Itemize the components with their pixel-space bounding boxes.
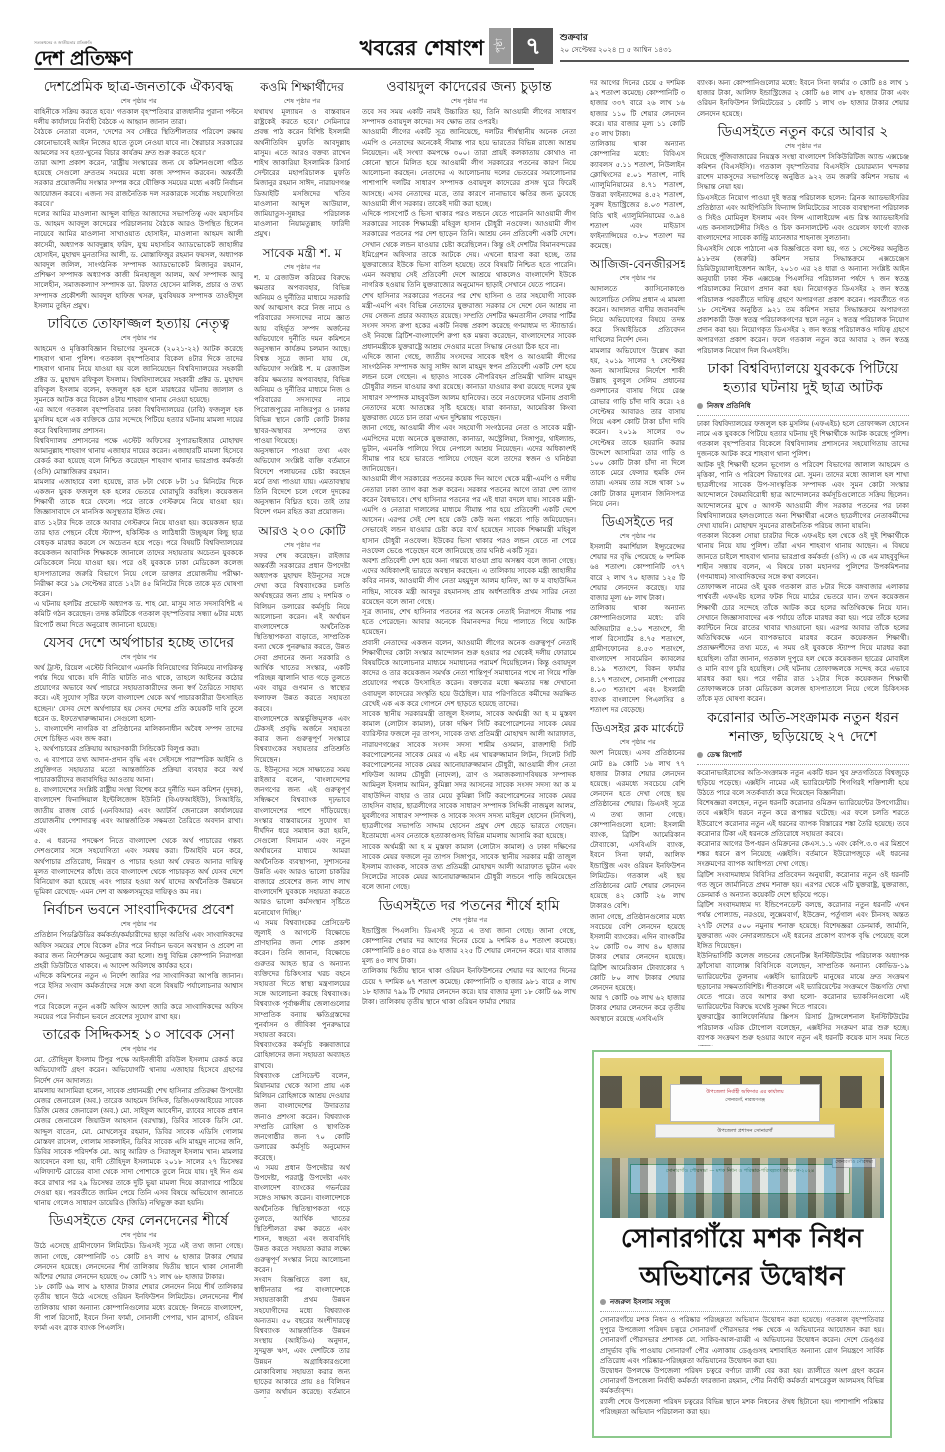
- paragraph: অংশ নিয়েছে। এসব প্রতিষ্ঠানের মোট ৪৯ কোট…: [590, 748, 685, 911]
- article-body: শ. ম রেজাউল করিমের বিরুদ্ধে ক্ষমতার অপব্…: [254, 273, 350, 518]
- paragraph: সংবাদ বিজ্ঞপ্তিতে বলা হয়, স্বাধীনতার পর…: [254, 1275, 350, 1398]
- newspaper-logo[interactable]: দেশ প্রতিক্ষণ: [34, 44, 132, 77]
- paragraph: তালিকায় থাকা অন্যান্য কোম্পানির মধ্যে: …: [590, 139, 685, 251]
- continued-label: শেষ পৃষ্ঠার পর: [590, 532, 685, 541]
- headline: ডিএসইতে নতুন করে আবার ২: [697, 123, 909, 142]
- paragraph: এদিকে পাসপোর্ট ও ভিসা থাকার পরও লন্ডনে য…: [362, 209, 576, 291]
- paragraph: তবে সব সময় একটি নামই উচ্চারিত হয়, তিনি…: [362, 107, 576, 127]
- paragraph: আটক দুই শিক্ষার্থী হলেন ভূগোল ও পরিবেশ ব…: [697, 460, 909, 531]
- article-deshpremik[interactable]: দেশপ্রেমিক ছাত্র-জনতাকে ঐক্যবদ্ধ শেষ পৃষ…: [34, 78, 243, 311]
- paragraph: আহমেদ ও মৃত্তিকাবিজ্ঞান বিভাগের সুমনকে (…: [34, 344, 243, 405]
- paragraph: জানা গেছে, প্রতিষ্ঠানগুলোর মধ্যে সবচেয়ে…: [590, 912, 685, 994]
- byline-text: ডেস্ক রিপোর্ট: [707, 751, 742, 759]
- paragraph: ইন্ডাস্ট্রিজ পিএলসি। ডিএসই সূত্রে এ তথ্য…: [362, 926, 576, 967]
- paragraph: মামলায় আসামিরা হলেন, সাবেক প্রধানমন্ত্র…: [34, 1086, 243, 1208]
- continued-label: শেষ পৃষ্ঠার পর: [362, 97, 576, 106]
- headline: ডিএসইতে ফের লেনদেনের শীর্ষে: [34, 1212, 243, 1231]
- continued-label: শেষ পৃষ্ঠার পর: [254, 263, 350, 272]
- article-body: দিয়েছে পুঁজিবাজারের নিয়ন্ত্রক সংস্থা ব…: [697, 152, 909, 356]
- article-body: ইসলামী কমার্শিয়াল ইন্স্যুরেন্সের শেয়ার…: [590, 542, 685, 715]
- paragraph: বিশ্বব্যাংকের কর্মসূচি কক্সবাজারে রোহিঙ্…: [254, 1040, 350, 1071]
- article-body: বাহিনীকে সক্রিয় করতে হবে।' গতকাল বৃহস্প…: [34, 107, 243, 311]
- paragraph: উদ্বোধন উপলক্ষে উপজেলা পরিষদ চত্বরে বর্ণ…: [600, 1366, 884, 1397]
- continued-label: শেষ পৃষ্ঠার পর: [34, 1045, 243, 1054]
- article-body: তবে সব সময় একটি নামই উচ্চারিত হয়, তিনি…: [362, 107, 576, 893]
- headline: ডিএসইর ব্লক মার্কেটে: [590, 719, 685, 738]
- article-dse-dor-poton-hami[interactable]: ডিএসইতে দর পতনের শীর্ষে হামি শেষ পৃষ্ঠার…: [362, 897, 576, 1008]
- paragraph: বিএসইসি থেকে পাঠানো এক বিজ্ঞপ্তিতে বলা হ…: [697, 244, 909, 356]
- headline: কওমি শিক্ষার্থীদের: [254, 78, 350, 97]
- article-body: করোনাভাইরাসের অতি-সংক্রামক নতুন একটি ধরন…: [697, 768, 909, 1046]
- byline: নজরুল ইসলাম সবুজ: [600, 1294, 884, 1312]
- paragraph: দলের আমির মাওলানা আব্দুল বাছিত আজাদের সভ…: [34, 209, 243, 311]
- paragraph: করোনার আগের উপ-ধরন ওমিক্রনের কেএস.১.১ এব…: [697, 839, 909, 870]
- paragraph: শ. ম রেজাউল করিমের বিরুদ্ধে ক্ষমতার অপব্…: [254, 273, 350, 446]
- paragraph: সাবেক স্থানীয় সরকারমন্ত্রী তাজুল ইসলাম,…: [362, 709, 576, 842]
- article-aziz-benazir[interactable]: আজিজ-বেনজীরসহ শেষ পৃষ্ঠার পর আদালতে ক্যা…: [590, 255, 685, 508]
- paragraph: যথাযথ মূল্যায়ন ও বাস্তবায়ন রাষ্ট্রকেই …: [254, 107, 350, 240]
- paragraph: অনুসন্ধানে পাওয়া তথ্য এবং অভিযোগ সংশ্লি…: [254, 446, 350, 517]
- paragraph: র‌্যালী শেষে উপজেলা পরিষদ চত্বরের বিভিন্…: [600, 1397, 884, 1417]
- headline: করোনার অতি-সংক্রামক নতুন ধরন: [697, 709, 909, 728]
- paragraph: দিয়েছে পুঁজিবাজারের নিয়ন্ত্রক সংস্থা ব…: [697, 152, 909, 193]
- headline: শনাক্ত, ছড়িয়েছে ২৭ দেশে: [697, 728, 909, 747]
- section-title: খবরের শেষাংশ: [264, 30, 484, 66]
- paragraph: এ সময় প্রধান উপদেষ্টার অর্থ উপদেষ্টা, প…: [254, 1163, 350, 1275]
- paragraph: শেখ হাসিনার সরকারের পতনের পর শেখ হাসিনা …: [362, 291, 576, 352]
- headline: আরও ২০০ কোটি: [254, 522, 350, 541]
- paragraph: তারা আশা প্রকাশ করেন, 'রাষ্ট্রীয় সংস্কা…: [34, 158, 243, 209]
- column-a: দেশপ্রেমিক ছাত্র-জনতাকে ঐক্যবদ্ধ শেষ পৃষ…: [34, 78, 243, 1398]
- article-sabek-montri[interactable]: সাবেক মন্ত্রী শ. ম শেষ পৃষ্ঠার পর শ. ম র…: [254, 244, 350, 518]
- article-du-murder-arrest[interactable]: ঢাকা বিশ্ববিদ্যালয়ে যুবককে পিটিয়ে হত্য…: [697, 360, 909, 705]
- paragraph: এ সময় বিশ্বব্যাংকের প্রেসিডেন্ট জুলাই ও…: [254, 918, 350, 1040]
- feature-photo[interactable]: উপজেলা নির্বাহী অফিসার এর কার্যালয় সোনা…: [600, 1058, 884, 1218]
- paragraph: বিশ্ববিদ্যালয় প্রশাসনের পক্ষে এস্টেট অফ…: [34, 436, 243, 477]
- feature-headline: সোনারগাঁয়ে মশক নিধন: [600, 1222, 884, 1256]
- continued-label: শেষ পৃষ্ঠার পর: [254, 541, 350, 550]
- paragraph: মো. তৌহিদুল ইসলাম টিপুর পক্ষে আইনজীবী রব…: [34, 1055, 243, 1086]
- paragraph: যুক্তরাষ্ট্রের ক্যালিফোর্নিয়ার স্ক্রিপস…: [697, 1012, 909, 1046]
- paragraph: বিশেষজ্ঞরা বলছেন, নতুন ধরনটি করোনার ওমিক…: [697, 798, 909, 839]
- headline: আজিজ-বেনজীরসহ: [590, 255, 685, 274]
- paragraph: অবশ্য প্রতিবেশী দেশ হয়ে অন্য গন্তব্যে য…: [362, 556, 576, 607]
- paragraph: এ ঘটনায় হলটির প্রভোস্ট অধ্যাপক ড. শাহ ম…: [34, 599, 243, 630]
- continued-label: শেষ পৃষ্ঠার পর: [590, 274, 685, 283]
- column-b: কওমি শিক্ষার্থীদের শেষ পৃষ্ঠার পর যথাযথ …: [254, 78, 350, 1398]
- headline: ডিএসইতে দর পতনের শীর্ষে হামি: [362, 897, 576, 916]
- article-corona-xec[interactable]: করোনার অতি-সংক্রামক নতুন ধরন শনাক্ত, ছড়…: [697, 709, 909, 1046]
- sign-line-2: সোনারগাঁ, নারায়ণগঞ্জ: [671, 1097, 819, 1104]
- article-aro-200-koti[interactable]: আরও ২০০ কোটি শেষ পৃষ্ঠার পর সফর শেষ করেছ…: [254, 522, 350, 1398]
- paragraph: সূত্র জানায়, শেখ হাসিনার পতনের পর অনেক …: [362, 607, 576, 638]
- headline: নির্বাচন ভবনে সাংবাদিকদের প্রবেশ: [34, 901, 243, 920]
- paragraph: ৫. এ ধরনের পদক্ষেপ নিতে বাংলাদেশ থেকে অর…: [34, 836, 243, 897]
- canopy-sign: উপজেলা প্রশাসন সোনারগাঁ: [655, 1124, 835, 1138]
- column-e: ব্যাংক। অন্য কোম্পানিগুলোর মধ্যে: ইবনে স…: [697, 78, 909, 1046]
- article-body: ঢাকা বিশ্ববিদ্যালয়ের ফজলুল হক মুসলিম (এ…: [697, 419, 909, 705]
- paragraph: আওয়ামী লীগ সরকারের পতনের কয়েক দিন আগে …: [362, 474, 576, 556]
- continued-label: শেষ পৃষ্ঠার পর: [254, 97, 350, 106]
- bullet-icon: [697, 752, 703, 758]
- paragraph: বৈঠকে নেতারা বলেন, 'দেশের সব সেক্টরে স্থ…: [34, 127, 243, 158]
- paragraph: ২. অর্থপাচারের প্রক্রিয়ায় আহরণকারী সিন…: [34, 744, 243, 754]
- masthead: সত্যকথনের ও জাতীয়তার প্রতিশ্রুতি দেশ প্…: [34, 30, 909, 70]
- paragraph: দর আগের দিনের চেয়ে ৫ দশমিক ৯২ শতাংশ কমে…: [590, 78, 685, 139]
- paragraph: আওয়ামী লীগের একটি সূত্র জানিয়েছে, দলটি…: [362, 127, 576, 209]
- masthead-rule-left: [34, 68, 534, 70]
- headline: ডিএসইতে দর: [590, 513, 685, 532]
- paragraph: ব্রিটিশ সংবাদমাধ্যম দ্য ইন্ডিপেনডেন্ট বল…: [697, 900, 909, 951]
- paragraph: তালিকায় থাকা অন্যান্য কোম্পানিগুলোর মধ্…: [590, 603, 685, 715]
- continued-label: শেষ পৃষ্ঠার পর: [34, 920, 243, 929]
- article-dse-fer-lenden[interactable]: ডিএসইতে ফের লেনদেনের শীর্ষে শেষ পৃষ্ঠার …: [34, 1212, 243, 1333]
- paragraph: এদিকে কমিশনের নতুন এ নির্দেশ জারির পর সা…: [34, 971, 243, 1002]
- paragraph: ইসলামী কমার্শিয়াল ইন্স্যুরেন্সের শেয়ার…: [590, 542, 685, 603]
- column-d: দর আগের দিনের চেয়ে ৫ দশমিক ৯২ শতাংশ কমে…: [590, 78, 685, 1046]
- article-body: মো. তৌহিদুল ইসলাম টিপুর পক্ষে আইনজীবী রব…: [34, 1055, 243, 1208]
- continued-label: শেষ পৃষ্ঠার পর: [590, 738, 685, 747]
- paragraph: প্রবাসী নেতাদের একজন বলেন, আওয়ামী লীগের…: [362, 638, 576, 709]
- continued-label: শেষ পৃষ্ঠার পর: [34, 97, 243, 106]
- article-body: অর্থ ট্রাস্ট, রিয়েল এস্টেট বিনিয়োগ এমন…: [34, 663, 243, 898]
- paragraph: বাহিনীকে সক্রিয় করতে হবে।' গতকাল বৃহস্প…: [34, 107, 243, 127]
- headline: হত্যার ঘটনায় দুই ছাত্র আটক: [697, 379, 909, 398]
- article-dse-block-market[interactable]: ডিএসইর ব্লক মার্কেটে শেষ পৃষ্ঠার পর অংশ …: [590, 719, 685, 1023]
- article-dse-dor[interactable]: ডিএসইতে দর শেষ পৃষ্ঠার পর ইসলামী কমার্শি…: [590, 513, 685, 715]
- paragraph: ৩. এ ব্যাপারে তথ্য আদান-প্রদান বৃদ্ধি এব…: [34, 755, 243, 786]
- paragraph: ৪. বাংলাদেশের সংশ্লিষ্ট রাষ্ট্রীয় সংস্থ…: [34, 785, 243, 836]
- issue-day: শুক্রবার: [560, 30, 588, 45]
- article-body: যথাযথ মূল্যায়ন ও বাস্তবায়ন রাষ্ট্রকেই …: [254, 107, 350, 240]
- paragraph: উঠে এসেছে গ্রামীণফোন লিমিটেড। ডিএসই সূত্…: [34, 1241, 243, 1282]
- paragraph: গতকাল বিকেল সোয়া চারটার দিকে এফএইচ হল থ…: [697, 531, 909, 582]
- article-obaidul-quader[interactable]: ওবায়দুল কাদেরের জন্য চুড়ান্ত শেষ পৃষ্ঠ…: [362, 78, 576, 893]
- paragraph: ১৮ কোটি ৬৯ লাখ ৯ হাজার টাকার শেয়ার লেনদ…: [34, 1282, 243, 1333]
- paragraph: করোনাভাইরাসের অতি-সংক্রামক নতুন একটি ধরন…: [697, 768, 909, 799]
- paragraph: ডিএসইতে নিয়োগ পাওয়া দুই স্বতন্ত্র পরিচ…: [697, 193, 909, 244]
- article-dse-notun-kore[interactable]: ডিএসইতে নতুন করে আবার ২ শেষ পৃষ্ঠার পর দ…: [697, 123, 909, 356]
- feature-mosquito-campaign[interactable]: উপজেলা নির্বাহী অফিসার এর কার্যালয় সোনা…: [592, 1050, 892, 1438]
- paragraph: এদিকে জানা গেছে, জাতীয় সংসদের সাবেক হুই…: [362, 352, 576, 423]
- paragraph: বিশ্বব্যাংক প্রেসিডেন্ট বলেন, মিয়ানমার …: [254, 1071, 350, 1163]
- masthead-rule-right: [560, 60, 909, 62]
- paragraph: প্রতিষ্ঠান পিডব্লিউডির কর্মকর্তা/কর্মচার…: [34, 930, 243, 971]
- bullet-icon: [600, 1299, 606, 1305]
- paragraph: এর আগে গতকাল বৃহস্পতিবার ঢাকা বিশ্ববিদ্য…: [34, 405, 243, 436]
- bullet-icon: [697, 403, 703, 409]
- byline: ডেস্ক রিপোর্ট: [697, 747, 909, 765]
- article-body: উঠে এসেছে গ্রামীণফোন লিমিটেড। ডিএসই সূত্…: [34, 1241, 243, 1333]
- article-body: প্রতিষ্ঠান পিডব্লিউডির কর্মকর্তা/কর্মচার…: [34, 930, 243, 1022]
- paragraph: বাংলাদেশকে অন্তর্ভুক্তিমূলক এবং টেকসই প্…: [254, 714, 350, 765]
- office-signboard: উপজেলা নির্বাহী অফিসার এর কার্যালয় সোনা…: [670, 1084, 820, 1122]
- continued-label: শেষ পৃষ্ঠার পর: [34, 1231, 243, 1240]
- paragraph: অর্থ ট্রাস্ট, রিয়েল এস্টেট বিনিয়োগ এমন…: [34, 663, 243, 724]
- article-tarek-siddique[interactable]: তারেক সিদ্দিকসহ ১০ সাবেক সেনা শেষ পৃষ্ঠা…: [34, 1026, 243, 1208]
- paragraph: জানা গেছে, আওয়ামী লীগ এবং সহযোগী সংগঠনে…: [362, 423, 576, 474]
- paragraph: পরে বিকেলে নতুন একটি অফিস আদেশ জারি করে …: [34, 1002, 243, 1022]
- headline: ঢাবিতে তোফাজ্জল হত্যায় নেতৃত্ব: [34, 315, 243, 334]
- paragraph: ব্যাংক। অন্য কোম্পানিগুলোর মধ্যে: ইবনে স…: [697, 78, 909, 119]
- paragraph: সোনারগাঁয়ে মশক নিধন ও পরিষ্কার পরিচ্ছন্…: [600, 1315, 884, 1366]
- paragraph: ব্রিটিশ সংবাদমাধ্যম বিবিসির প্রতিবেদন অন…: [697, 870, 909, 901]
- headline: যেসব দেশে অর্থপাচার হচ্ছে তাদের: [34, 634, 243, 653]
- paragraph: ইউনিভার্সিটি কলেজ লন্ডনের জেনেটিক্স ইনস্…: [697, 951, 909, 1012]
- paragraph: মামলার অভিযোগে উল্লেখ করা হয়, ২০১৯ সালে…: [590, 346, 685, 509]
- headline: তারেক সিদ্দিকসহ ১০ সাবেক সেনা: [34, 1026, 243, 1045]
- article-body: ইন্ডাস্ট্রিজ পিএলসি। ডিএসই সূত্রে এ তথ্য…: [362, 926, 576, 1008]
- article-nirbachon-bhaban[interactable]: নির্বাচন ভবনে সাংবাদিকদের প্রবেশ শেষ পৃষ…: [34, 901, 243, 1022]
- continued-label: শেষ পৃষ্ঠার পর: [362, 916, 576, 925]
- article-body: দর আগের দিনের চেয়ে ৫ দশমিক ৯২ শতাংশ কমে…: [590, 78, 685, 251]
- article-block-market-cont[interactable]: ব্যাংক। অন্য কোম্পানিগুলোর মধ্যে: ইবনে স…: [697, 78, 909, 119]
- article-body: সফর শেষ করেছেন। রাইজার অন্তর্বর্তী সরকার…: [254, 551, 350, 1398]
- paragraph: ড. ইউনূসের সঙ্গে সাক্ষাতের সময় রাইজার ব…: [254, 765, 350, 918]
- paragraph: রাত ১২টার দিকে তাকে আবার গেস্টরুমে নিয়ে…: [34, 518, 243, 600]
- article-dse-dor-cont[interactable]: দর আগের দিনের চেয়ে ৫ দশমিক ৯২ শতাংশ কমে…: [590, 78, 685, 251]
- paragraph: ঢাকা বিশ্ববিদ্যালয়ের ফজলুল হক মুসলিম (এ…: [697, 419, 909, 460]
- article-body: সোনারগাঁয়ে মশক নিধন ও পরিষ্কার পরিচ্ছন্…: [600, 1315, 884, 1417]
- continued-label: শেষ পৃষ্ঠার পর: [34, 653, 243, 662]
- feature-headline: অভিযানের উদ্বোধন: [600, 1260, 884, 1294]
- page-number: ৭: [513, 28, 553, 64]
- column-c: ওবায়দুল কাদেরের জন্য চুড়ান্ত শেষ পৃষ্ঠ…: [362, 78, 576, 1398]
- headline: ওবায়দুল কাদেরের জন্য চুড়ান্ত: [362, 78, 576, 97]
- article-dhabi-tofazzal[interactable]: ঢাবিতে তোফাজ্জল হত্যায় নেতৃত্ব শেষ পৃষ্…: [34, 315, 243, 630]
- article-body: আদালতে ক্যাসিনোকাণ্ডে আলোচিত সেলিম প্রধা…: [590, 284, 685, 508]
- paragraph: আর ৭ কোটি ৩৬ লাখ ৬২ হাজার টাকার শেয়ার ল…: [590, 993, 685, 1024]
- headline: দেশপ্রেমিক ছাত্র-জনতাকে ঐক্যবদ্ধ: [34, 78, 243, 97]
- page-label: পৃষ্ঠা: [489, 28, 511, 64]
- article-orthopachar[interactable]: যেসব দেশে অর্থপাচার হচ্ছে তাদের শেষ পৃষ্…: [34, 634, 243, 898]
- issue-date: ২০ সেপ্টেম্বর ২০২৪ ◻ ৫ আশ্বিন ১৪৩১: [560, 44, 672, 56]
- article-qawmi[interactable]: কওমি শিক্ষার্থীদের শেষ পৃষ্ঠার পর যথাযথ …: [254, 78, 350, 240]
- byline: নিজস্ব প্রতিনিধি: [697, 398, 909, 416]
- headline: সাবেক মন্ত্রী শ. ম: [254, 244, 350, 263]
- paragraph: তালিকায় দ্বিতীয় স্থানে থাকা ওরিয়ন ইনফ…: [362, 966, 576, 1007]
- headline: ঢাকা বিশ্ববিদ্যালয়ে যুবককে পিটিয়ে: [697, 360, 909, 379]
- byline-text: নজরুল ইসলাম সবুজ: [610, 1298, 670, 1306]
- article-body: আহমেদ ও মৃত্তিকাবিজ্ঞান বিভাগের সুমনকে (…: [34, 344, 243, 630]
- paragraph: সাবেক অর্থমন্ত্রী আ হ ম মুস্তফা কামাল (ল…: [362, 842, 576, 893]
- paragraph: মামলার এজাহারে বলা হয়েছে, রাত ৮টা থেকে …: [34, 477, 243, 518]
- paragraph: তোফাজ্জল নামের ওই যুবক গতকাল রাত ৮টার দি…: [697, 582, 909, 704]
- byline-text: নিজস্ব প্রতিনিধি: [707, 402, 751, 410]
- paragraph: আদালতে ক্যাসিনোকাণ্ডে আলোচিত সেলিম প্রধা…: [590, 284, 685, 345]
- sign-line-1: উপজেলা নির্বাহী অফিসার এর কার্যালয়: [671, 1089, 819, 1097]
- article-body: অংশ নিয়েছে। এসব প্রতিষ্ঠানের মোট ৪৯ কোট…: [590, 748, 685, 1023]
- continued-label: শেষ পৃষ্ঠার পর: [34, 334, 243, 343]
- continued-label: শেষ পৃষ্ঠার পর: [697, 142, 909, 151]
- paragraph: সফর শেষ করেছেন। রাইজার অন্তর্বর্তী সরকার…: [254, 551, 350, 714]
- paragraph: ১. বাংলাদেশি নাগরিক বা প্রতিষ্ঠানের মালি…: [34, 724, 243, 744]
- article-body: ব্যাংক। অন্য কোম্পানিগুলোর মধ্যে: ইবনে স…: [697, 78, 909, 119]
- crowd: [600, 1158, 884, 1218]
